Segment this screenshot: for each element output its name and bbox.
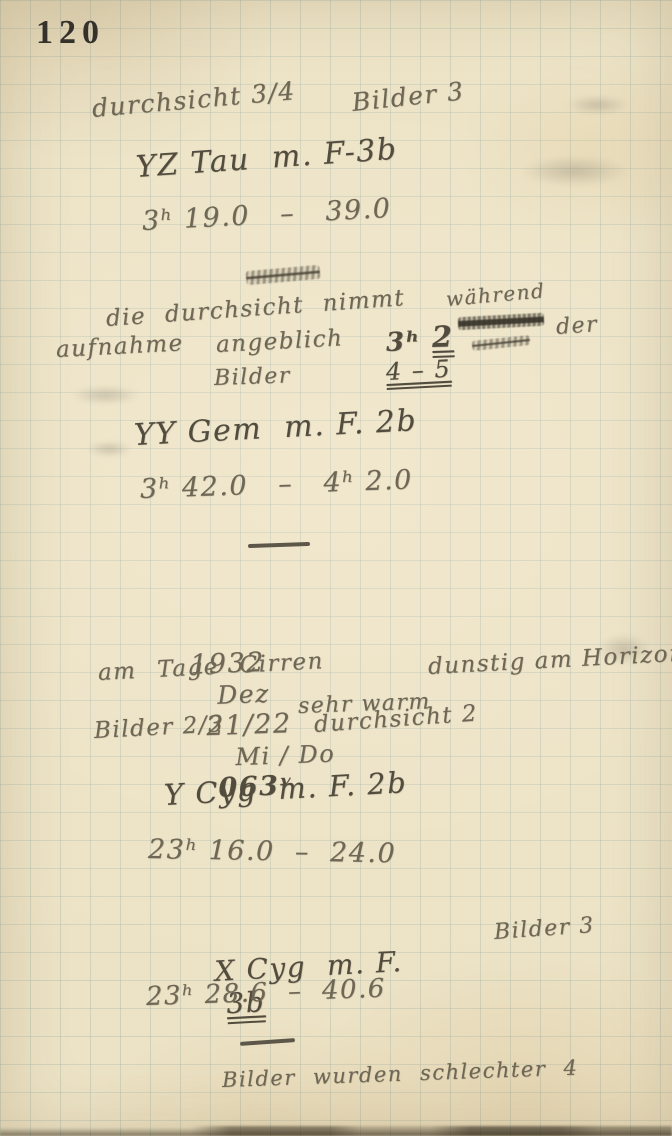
bleed-through-smudge: [58, 382, 153, 408]
page-number: 120: [36, 14, 105, 52]
crossed-out-scribble: [246, 265, 321, 285]
bleed-through-smudge: [78, 438, 140, 460]
crossed-out-scribble: [472, 335, 531, 351]
seeing-note-1: Bilder 3: [350, 76, 465, 117]
crossed-out-word: [458, 313, 545, 330]
bleed-through-smudge: [555, 92, 640, 118]
note-underlined-value-1: 2: [431, 319, 454, 358]
transparency-note-1: durchsicht 3/4: [91, 76, 297, 123]
observation-1-star: YZ Tau m. F-3b: [135, 132, 399, 185]
seeing-note-3: Bilder 3: [493, 913, 595, 945]
separator-dash: [248, 542, 310, 548]
scan-edge-shadow: [0, 1126, 672, 1136]
footer-note: Bilder wurden schlechter 4: [222, 1056, 579, 1092]
weekdays: Mi / Do: [235, 740, 336, 771]
month: Dez: [217, 679, 270, 710]
note-inserted-word: während: [445, 278, 546, 311]
note-line-1-end: der: [555, 312, 599, 340]
note-line-2-hour: 3ʰ: [385, 327, 421, 358]
note-line-3-label: Bilder: [214, 363, 292, 391]
note-underlined-value-2: 4 – 5: [385, 355, 452, 390]
observation-1-time: 3ʰ 19.0 – 39.0: [141, 193, 392, 237]
note-line-2-word-1: aufnahme: [55, 330, 184, 363]
bleed-through-smudge: [500, 150, 650, 192]
observation-3-time: 23ʰ 16.0 – 24.0: [148, 834, 397, 869]
note-line-1: die durchsicht nimmt: [105, 285, 406, 332]
observation-2-star: YY Gem m. F. 2b: [133, 403, 418, 453]
observation-2-time: 3ʰ 42.0 – 4ʰ 2.0: [139, 464, 413, 505]
note-line-2-word-2: angeblich: [215, 325, 344, 358]
notebook-page: 120 durchsicht 3/4 Bilder 3 YZ Tau m. F-…: [0, 0, 672, 1136]
weather-note-horizon: dunstig am Horizont: [427, 640, 672, 680]
